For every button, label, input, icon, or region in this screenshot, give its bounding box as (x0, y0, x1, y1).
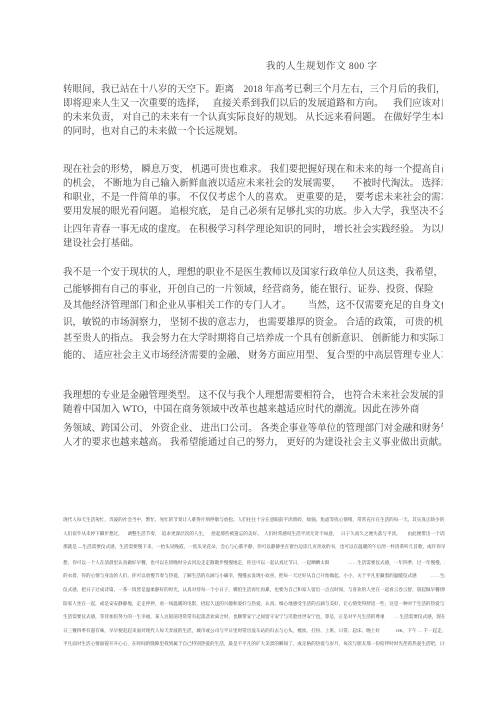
fine-print-line: 想，你可以一个人在清晨里认真做好早餐，也可以在傍晚时分去河边走走散散步慢慢地走，… (63, 556, 445, 570)
fine-print-line: 仪式感，把日子过成诗篇，一茶一饭皆是温柔静好的时光，认真对待每一个小日子，哪怕生… (63, 583, 445, 597)
text-line: 的未来负责， 对自己的未来有一个认真实际良好的规划。 从长远来看问题。 在做好学… (63, 111, 443, 125)
text-line: 要用发展的眼光看问题。 追根究底， 是自己必须有足够扎实的功底。步入大学，我坚决… (63, 205, 443, 219)
paragraph-4: 我理想的专业是金融管理类型。 这不仅与我个人理想需要相符合， 也符合未来社会发展… (63, 389, 443, 450)
essay-title: 我的人生规划作文 800 字 (266, 60, 378, 74)
text-line: 识，敏锐的市场洞察力， 坚韧不拔的意志力， 也需要雄厚的资金。 合适的政策， 可… (63, 315, 443, 332)
fine-print-line: 现代人每天生活匆忙，奔波的社会当中，繁忙、匆忙的节奏让人难得片刻停歇与放松。人们… (63, 513, 445, 527)
text-line: 己能够拥有自己的事业，开创自己的一片领域，经营商务，能在银行、证券、投资、保险 (63, 282, 443, 299)
fine-print-line: 的衣着，你的心情与身边的人们，你可以放慢节奏与热爱，了解生活的点滴与小确幸，慢慢… (63, 569, 445, 583)
text-line: 和职业，不是一件简单的事。 不仅仅考虑个人的喜欢。 更重要的是， 要考虑未来社会… (63, 191, 443, 205)
fine-print-line: 人们似乎从未停下脚步想过， 调整生活节奏， 追求更深层次的人生， 拾起那些被遗忘… (63, 527, 445, 541)
fine-print-line: 生活需要仪式感，等待加倍努力的一生幸福，某人这般前进常常有起落悲欢离合时，也顺带… (63, 610, 445, 624)
paragraph-2: 现在社会的形势， 瞬息万变， 机遇可贵也难求。 我们要把握好现在和未来的每一个提… (63, 163, 443, 251)
fine-print-line: 日三餐四季有滋有味，早早便赶起来面对现代人每天奔波的生活，城市或公司与平日里时常… (63, 624, 445, 638)
text-line: 的机会， 不断地为自己输入新鲜血液以适应未来社会的发展需要， 不被时代淘汰。 选… (63, 177, 443, 191)
fine-print-line: 陪家人坐在一起，或是安安静静地，走走停停，看一场温暖的电影，拾起久违的兴趣和爱好… (63, 597, 445, 611)
text-line: 让四年青春一事无成的虚度。 在积极学习科学理论知识的同时， 增长社会实践经验。 … (63, 223, 443, 237)
fine-print-line: 那就是 —生活需要仪式感，生活需要慢下来，一抬头见晚霞，一低头见花朵，会心与心都… (63, 540, 445, 554)
text-line: 我不是一个安于现状的人，理想的职业不是医生教师以及国家行政单位人员这类，我希望，… (63, 265, 443, 282)
text-line: 务领域、跨国公司、 外资企业、 进出口公司。 各类企事业等单位的管理部门对金融和… (63, 422, 443, 436)
text-line: 的同时，也对自己的未来做一个长远规划。 (63, 125, 443, 139)
paragraph-3: 我不是一个安于现状的人，理想的职业不是医生教师以及国家行政单位人员这类，我希望，… (63, 265, 443, 364)
document-page: { "page": { "background_color": "#ffffff… (0, 0, 500, 708)
text-line: 人才的要求也越来越高。 我希望能通过自己的努力， 更好的为建设社会主义事业做出贡… (63, 436, 443, 450)
text-line: 甚至贵人的指点。 我会努力在大学时期将自己培养成一个具有创新意识、 创新能力和实… (63, 331, 443, 348)
fine-print-line: 平凡面对生活心情面貌开开心心，在时间的缝隙里找到属于自己特别热爱的生活，最是不平… (63, 637, 445, 651)
text-line: 及其他经济管理部门和企业从事相关工作的专门人才。 当然，这不仅需要充足的自身文化… (63, 298, 443, 315)
fine-print-block: 现代人每天生活匆忙，奔波的社会当中，繁忙、匆忙的节奏让人难得片刻停歇与放松。人们… (63, 513, 445, 651)
text-line: 转眼间，我已站在十八岁的天空下。距离 2018 年高考已剩三个月左右，三个月后的… (63, 83, 443, 97)
text-line: 能的、 适应社会主义市场经济需要的金融、 财务方面应用型、 复合型的中高层管理专… (63, 348, 443, 365)
paragraph-1: 转眼间，我已站在十八岁的天空下。距离 2018 年高考已剩三个月左右，三个月后的… (63, 83, 443, 139)
text-line: 随着中国加入 WTO，中国在商务领域中改革也越来越适应时代的潮流。因此在涉外商 (63, 403, 443, 417)
text-line: 即将迎来人生又一次重要的选择， 直接关系到我们以后的发展道路和方向。 我们应该对… (63, 97, 443, 111)
text-line: 我理想的专业是金融管理类型。 这不仅与我个人理想需要相符合， 也符合未来社会发展… (63, 389, 443, 403)
text-line: 现在社会的形势， 瞬息万变， 机遇可贵也难求。 我们要把握好现在和未来的每一个提… (63, 163, 443, 177)
text-line: 建设社会打基础。 (63, 237, 443, 251)
